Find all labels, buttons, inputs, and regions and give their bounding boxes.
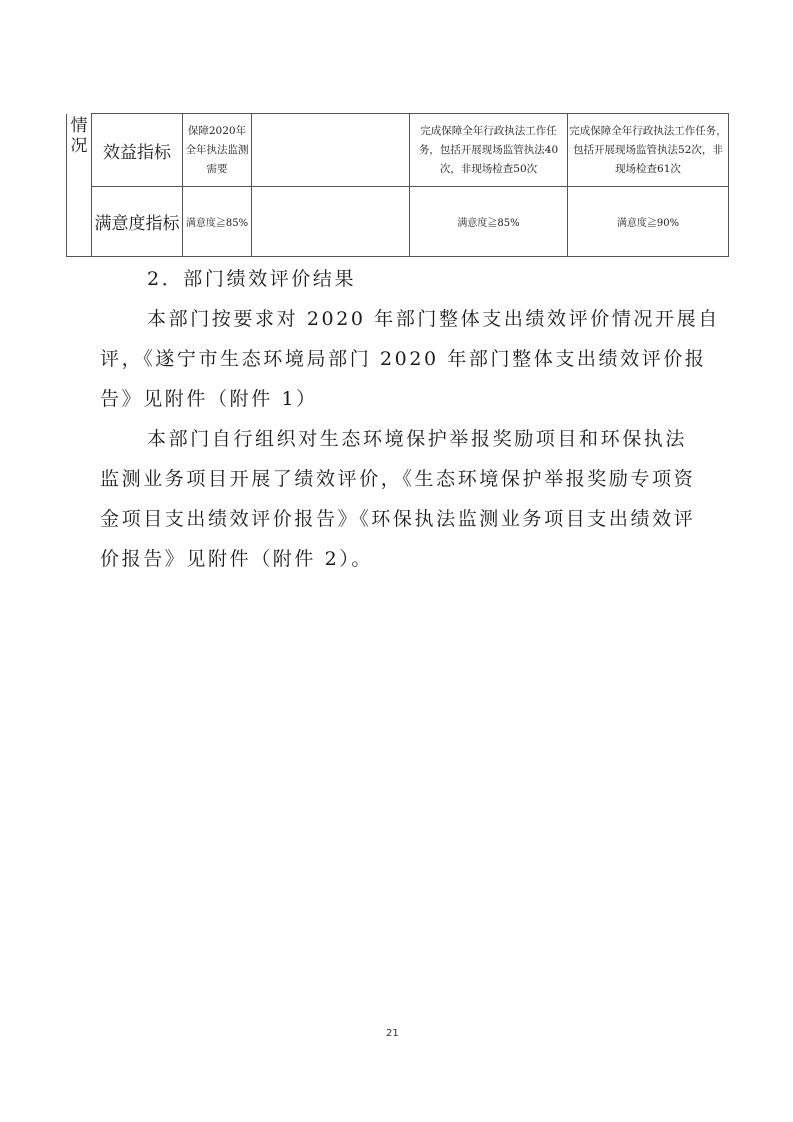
paragraph2-line1: 本部门自行组织对生态环境保护举报奖励项目和环保执法 xyxy=(147,422,787,457)
target-cell: 保障2020年全年执法监测需要 xyxy=(183,114,252,187)
table-row-satisfaction: 满意度指标 满意度≧85% 满意度≧85% 满意度≧90% xyxy=(67,187,729,257)
target-cell: 满意度≧85% xyxy=(183,187,252,257)
page-number: 21 xyxy=(386,1028,399,1039)
actual-cell: 满意度≧90% xyxy=(568,187,729,257)
side-label: 情况 xyxy=(70,116,88,156)
indicator-cell: 满意度指标 xyxy=(92,187,183,257)
indicator-cell: 效益指标 xyxy=(92,114,183,187)
plan-cell: 满意度≧85% xyxy=(410,187,568,257)
table-row-benefit: 情况 效益指标 保障2020年全年执法监测需要 完成保障全年行政执法工作任务，包… xyxy=(67,114,729,187)
paragraph2-line3: 金项目支出绩效评价报告》《环保执法监测业务项目支出绩效评 xyxy=(100,502,740,537)
blank-cell xyxy=(252,187,410,257)
blank-cell xyxy=(252,114,410,187)
paragraph1-line3: 告》见附件（附件 1） xyxy=(100,382,740,417)
performance-indicator-table: 情况 效益指标 保障2020年全年执法监测需要 完成保障全年行政执法工作任务，包… xyxy=(66,113,729,257)
paragraph2-line4: 价报告》见附件（附件 2）。 xyxy=(100,542,740,577)
section-heading: 2．部门绩效评价结果 xyxy=(147,262,787,297)
plan-cell: 完成保障全年行政执法工作任务，包括开展现场监管执法40次，非现场检查50次 xyxy=(410,114,568,187)
paragraph2-line2: 监测业务项目开展了绩效评价，《生态环境保护举报奖励专项资 xyxy=(100,462,740,497)
paragraph1-line1: 本部门按要求对 2020 年部门整体支出绩效评价情况开展自 xyxy=(147,302,787,337)
actual-cell: 完成保障全年行政执法工作任务，包括开展现场监管执法52次，非现场检查61次 xyxy=(568,114,729,187)
side-label-cell: 情况 xyxy=(67,114,92,257)
paragraph1-line2: 评，《遂宁市生态环境局部门 2020 年部门整体支出绩效评价报 xyxy=(100,342,740,377)
